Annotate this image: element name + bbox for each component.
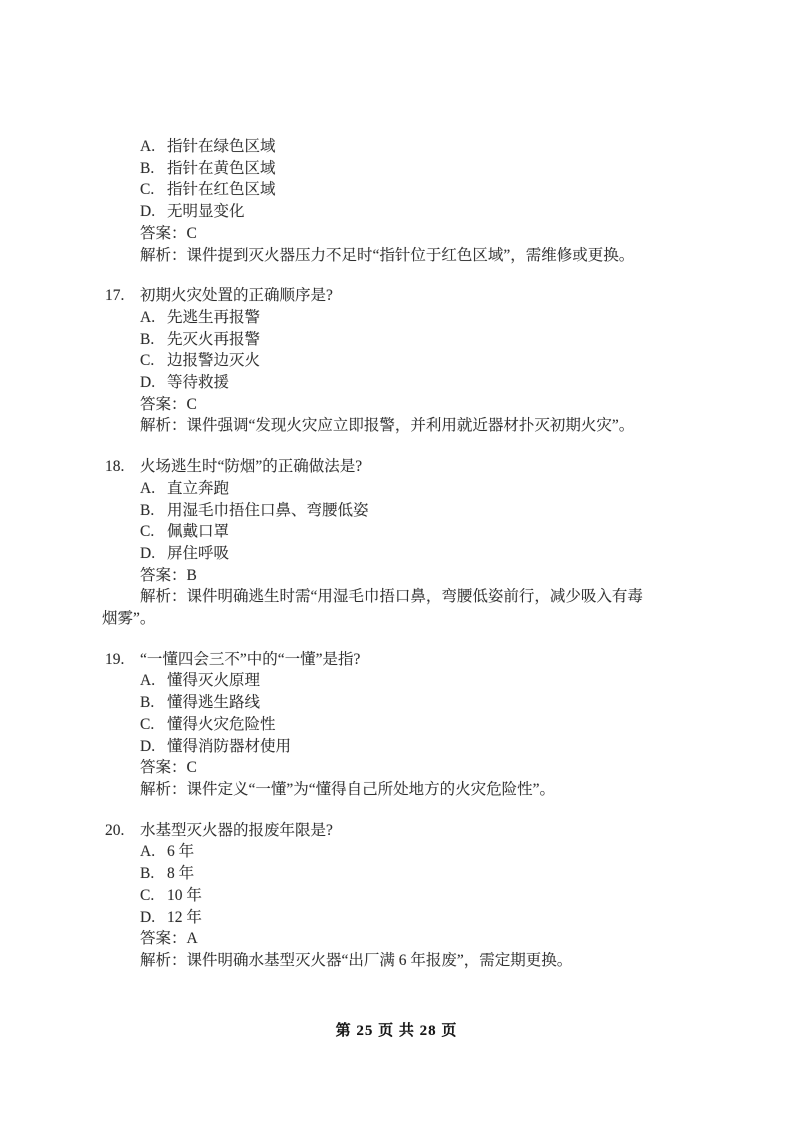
- option-label: D.: [140, 543, 167, 565]
- option-row: C.指针在红色区域: [102, 179, 650, 201]
- answer-row: 答案：B: [102, 565, 650, 587]
- explanation-text: 课件强调“发现火灾应立即报警，并利用就近器材扑灭初期火灾”。: [187, 417, 635, 434]
- option-label: B.: [140, 158, 167, 180]
- option-label: A.: [140, 841, 167, 863]
- option-label: C.: [140, 521, 167, 543]
- answer-label: 答案：: [140, 225, 187, 242]
- option-label: B.: [140, 863, 167, 885]
- option-label: D.: [140, 372, 167, 394]
- option-row: D.屏住呼吸: [102, 543, 650, 565]
- explanation-row: 解析：课件明确水基型灭火器“出厂满 6 年报废”，需定期更换。: [102, 950, 650, 972]
- answer-row: 答案：C: [102, 757, 650, 779]
- option-label: D.: [140, 201, 167, 223]
- answer-value: C: [187, 759, 197, 776]
- option-text: 等待救援: [167, 374, 229, 391]
- option-row: D.无明显变化: [102, 201, 650, 223]
- question-number: 19.: [105, 649, 140, 671]
- option-text: 懂得灭火原理: [167, 672, 260, 689]
- explanation-row: 解析：课件明确逃生时需“用湿毛巾捂口鼻，弯腰低姿前行，减少吸入有毒烟雾”。: [102, 586, 650, 629]
- option-text: 8 年: [167, 865, 194, 882]
- answer-label: 答案：: [140, 567, 187, 584]
- question-stem: 初期火灾处置的正确顺序是?: [140, 287, 333, 304]
- option-text: 边报警边灭火: [167, 352, 260, 369]
- answer-value: C: [187, 225, 197, 242]
- option-text: 指针在红色区域: [167, 181, 276, 198]
- question-block-19: 19.“一懂四会三不”中的“一懂”是指? A.懂得灭火原理 B.懂得逃生路线 C…: [102, 649, 650, 801]
- option-row: B.8 年: [102, 863, 650, 885]
- option-label: C.: [140, 885, 167, 907]
- question-number: 17.: [105, 285, 140, 307]
- option-row: A.懂得灭火原理: [102, 670, 650, 692]
- option-text: 12 年: [167, 909, 202, 926]
- explanation-label: 解析：: [140, 952, 187, 969]
- question-block-18: 18.火场逃生时“防烟”的正确做法是? A.直立奔跑 B.用湿毛巾捂住口鼻、弯腰…: [102, 456, 650, 630]
- option-row: A.指针在绿色区域: [102, 136, 650, 158]
- option-row: D.懂得消防器材使用: [102, 736, 650, 758]
- answer-value: B: [187, 567, 197, 584]
- explanation-label: 解析：: [140, 781, 187, 798]
- option-label: B.: [140, 500, 167, 522]
- question-stem-row: 20.水基型灭火器的报废年限是?: [102, 820, 650, 842]
- question-number: 18.: [105, 456, 140, 478]
- question-stem: “一懂四会三不”中的“一懂”是指?: [140, 651, 360, 668]
- answer-label: 答案：: [140, 759, 187, 776]
- option-label: A.: [140, 478, 167, 500]
- option-label: B.: [140, 692, 167, 714]
- option-text: 用湿毛巾捂住口鼻、弯腰低姿: [167, 502, 369, 519]
- explanation-row: 解析：课件强调“发现火灾应立即报警，并利用就近器材扑灭初期火灾”。: [102, 415, 650, 437]
- answer-value: A: [187, 930, 198, 947]
- explanation-text: 课件明确水基型灭火器“出厂满 6 年报废”，需定期更换。: [187, 952, 573, 969]
- option-row: C.佩戴口罩: [102, 521, 650, 543]
- option-label: B.: [140, 329, 167, 351]
- option-label: A.: [140, 307, 167, 329]
- option-text: 直立奔跑: [167, 480, 229, 497]
- option-text: 指针在绿色区域: [167, 138, 276, 155]
- question-stem: 火场逃生时“防烟”的正确做法是?: [140, 458, 362, 475]
- question-block-16: A.指针在绿色区域 B.指针在黄色区域 C.指针在红色区域 D.无明显变化 答案…: [102, 136, 650, 266]
- option-row: B.先灭火再报警: [102, 329, 650, 351]
- page-footer: 第 25 页 共 28 页: [0, 1019, 793, 1040]
- explanation-label: 解析：: [140, 247, 187, 264]
- question-stem-row: 19.“一懂四会三不”中的“一懂”是指?: [102, 649, 650, 671]
- answer-row: 答案：A: [102, 928, 650, 950]
- answer-row: 答案：C: [102, 394, 650, 416]
- option-text: 6 年: [167, 843, 194, 860]
- option-text: 懂得逃生路线: [167, 694, 260, 711]
- question-block-20: 20.水基型灭火器的报废年限是? A.6 年 B.8 年 C.10 年 D.12…: [102, 820, 650, 972]
- option-text: 先灭火再报警: [167, 331, 260, 348]
- option-row: B.用湿毛巾捂住口鼻、弯腰低姿: [102, 500, 650, 522]
- option-row: C.10 年: [102, 885, 650, 907]
- question-stem-row: 18.火场逃生时“防烟”的正确做法是?: [102, 456, 650, 478]
- option-text: 无明显变化: [167, 203, 245, 220]
- option-text: 先逃生再报警: [167, 309, 260, 326]
- document-page: A.指针在绿色区域 B.指针在黄色区域 C.指针在红色区域 D.无明显变化 答案…: [0, 0, 793, 1122]
- option-text: 10 年: [167, 887, 202, 904]
- option-row: C.边报警边灭火: [102, 350, 650, 372]
- option-text: 懂得火灾危险性: [167, 716, 276, 733]
- answer-label: 答案：: [140, 930, 187, 947]
- page-content: A.指针在绿色区域 B.指针在黄色区域 C.指针在红色区域 D.无明显变化 答案…: [102, 136, 650, 972]
- option-text: 佩戴口罩: [167, 523, 229, 540]
- option-label: C.: [140, 714, 167, 736]
- question-stem: 水基型灭火器的报废年限是?: [140, 822, 333, 839]
- page-number-text: 第 25 页 共 28 页: [336, 1023, 458, 1039]
- option-row: B.指针在黄色区域: [102, 158, 650, 180]
- explanation-row: 解析：课件定义“一懂”为“懂得自己所处地方的火灾危险性”。: [102, 779, 650, 801]
- option-label: D.: [140, 907, 167, 929]
- option-label: C.: [140, 179, 167, 201]
- option-text: 屏住呼吸: [167, 545, 229, 562]
- explanation-text: 课件定义“一懂”为“懂得自己所处地方的火灾危险性”。: [187, 781, 556, 798]
- option-row: A.直立奔跑: [102, 478, 650, 500]
- question-number: 20.: [105, 820, 140, 842]
- option-row: B.懂得逃生路线: [102, 692, 650, 714]
- answer-value: C: [187, 396, 197, 413]
- option-row: D.等待救援: [102, 372, 650, 394]
- option-row: A.6 年: [102, 841, 650, 863]
- option-label: A.: [140, 136, 167, 158]
- option-text: 懂得消防器材使用: [167, 738, 291, 755]
- question-stem-row: 17.初期火灾处置的正确顺序是?: [102, 285, 650, 307]
- option-label: A.: [140, 670, 167, 692]
- explanation-label: 解析：: [140, 417, 187, 434]
- option-label: C.: [140, 350, 167, 372]
- option-row: C.懂得火灾危险性: [102, 714, 650, 736]
- option-text: 指针在黄色区域: [167, 160, 276, 177]
- option-row: A.先逃生再报警: [102, 307, 650, 329]
- option-label: D.: [140, 736, 167, 758]
- explanation-text: 课件提到灭火器压力不足时“指针位于红色区域”，需维修或更换。: [187, 247, 635, 264]
- question-block-17: 17.初期火灾处置的正确顺序是? A.先逃生再报警 B.先灭火再报警 C.边报警…: [102, 285, 650, 437]
- answer-row: 答案：C: [102, 223, 650, 245]
- answer-label: 答案：: [140, 396, 187, 413]
- option-row: D.12 年: [102, 907, 650, 929]
- explanation-label: 解析：: [140, 588, 187, 605]
- explanation-row: 解析：课件提到灭火器压力不足时“指针位于红色区域”，需维修或更换。: [102, 245, 650, 267]
